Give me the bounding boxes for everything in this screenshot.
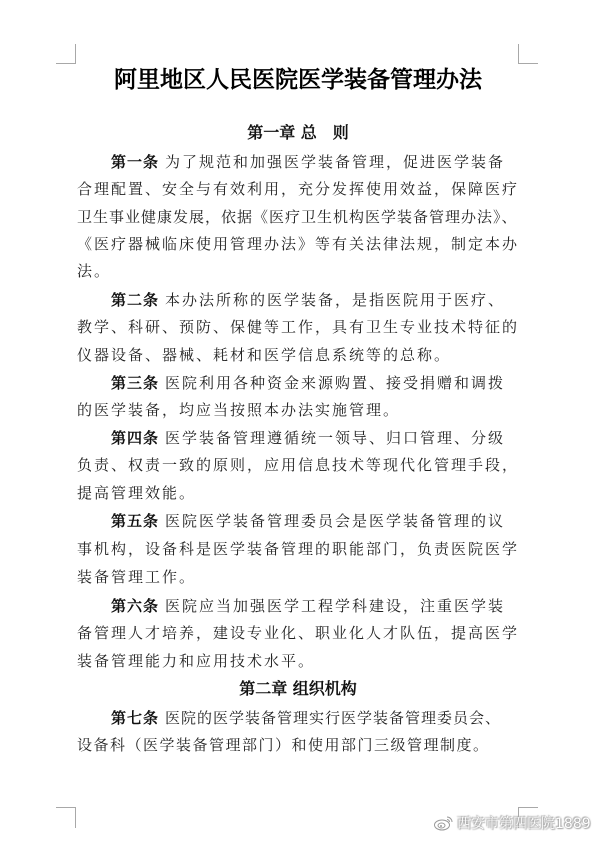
watermark-text: 西安市第四医院1889 [457,816,591,832]
article-label: 第六条 [111,597,159,615]
article-text: 卫生事业健康发展，依据《医疗卫生机构医学装备管理办法》、 [77,205,522,229]
article-label: 第五条 [111,512,159,530]
article-text: 教学、科研、预防、保健等工作，具有卫生专业技术特征的 [77,315,522,339]
article-text: 医院的医学装备管理实行医学装备管理委员会、 [165,709,501,727]
article-label: 第七条 [111,709,159,727]
article-text: 的医学装备，均应当按照本办法实施管理。 [77,398,522,422]
article-label: 第三条 [111,374,159,392]
document-title: 阿里地区人民医院医学装备管理办法 [0,64,596,96]
article-first-line: 第二条本办法所称的医学装备，是指医院用于医疗、 [111,288,556,312]
chapter-heading: 第二章 组织机构 [0,678,596,700]
article-text: 为了规范和加强医学装备管理，促进医学装备 [165,153,505,171]
article-first-line: 第六条医院应当加强医学工程学科建设，注重医学装 [111,594,556,618]
article-text: 设备科（医学装备管理部门）和使用部门三级管理制度。 [77,733,522,757]
article-first-line: 第七条医院的医学装备管理实行医学装备管理委员会、 [111,706,556,730]
weibo-watermark: 西安市第四医院1889 [434,813,591,835]
chapter-heading: 第一章 总 则 [0,122,596,144]
article-label: 第四条 [111,429,159,447]
article-text: 仪器设备、器械、耗材和医学信息系统等的总称。 [77,343,522,367]
article-text: 装备管理工作。 [77,565,522,589]
article-text: 事机构，设备科是医学装备管理的职能部门，负责医院医学 [77,537,522,561]
article-text: 医院医学装备管理委员会是医学装备管理的议 [165,512,505,530]
article-label: 第一条 [111,153,159,171]
article-text: 合理配置、安全与有效利用，充分发挥使用效益，保障医疗 [77,177,522,201]
article-first-line: 第五条医院医学装备管理委员会是医学装备管理的议 [111,509,556,533]
article-text: 装备管理能力和应用技术水平。 [77,649,522,673]
article-text: 提高管理效能。 [77,481,522,505]
article-text: 负责、权责一致的原则，应用信息技术等现代化管理手段， [77,453,522,477]
article-text: 备管理人才培养，建设专业化、职业化人才队伍，提高医学 [77,621,522,645]
article-first-line: 第一条为了规范和加强医学装备管理，促进医学装备 [111,150,556,174]
article-text: 医院利用各种资金来源购置、接受捐赠和调拨 [165,374,505,392]
article-label: 第二条 [111,291,159,309]
article-first-line: 第三条医院利用各种资金来源购置、接受捐赠和调拨 [111,371,556,395]
article-first-line: 第四条医学装备管理遵循统一领导、归口管理、分级 [111,426,556,450]
article-text: 本办法所称的医学装备，是指医院用于医疗、 [165,291,505,309]
article-text: 《医疗器械临床使用管理办法》等有关法律法规，制定本办 [77,232,522,256]
article-text: 医学装备管理遵循统一领导、归口管理、分级 [165,429,505,447]
weibo-logo-icon [434,815,454,831]
article-text: 医院应当加强医学工程学科建设，注重医学装 [165,597,505,615]
article-text: 法。 [77,259,522,283]
